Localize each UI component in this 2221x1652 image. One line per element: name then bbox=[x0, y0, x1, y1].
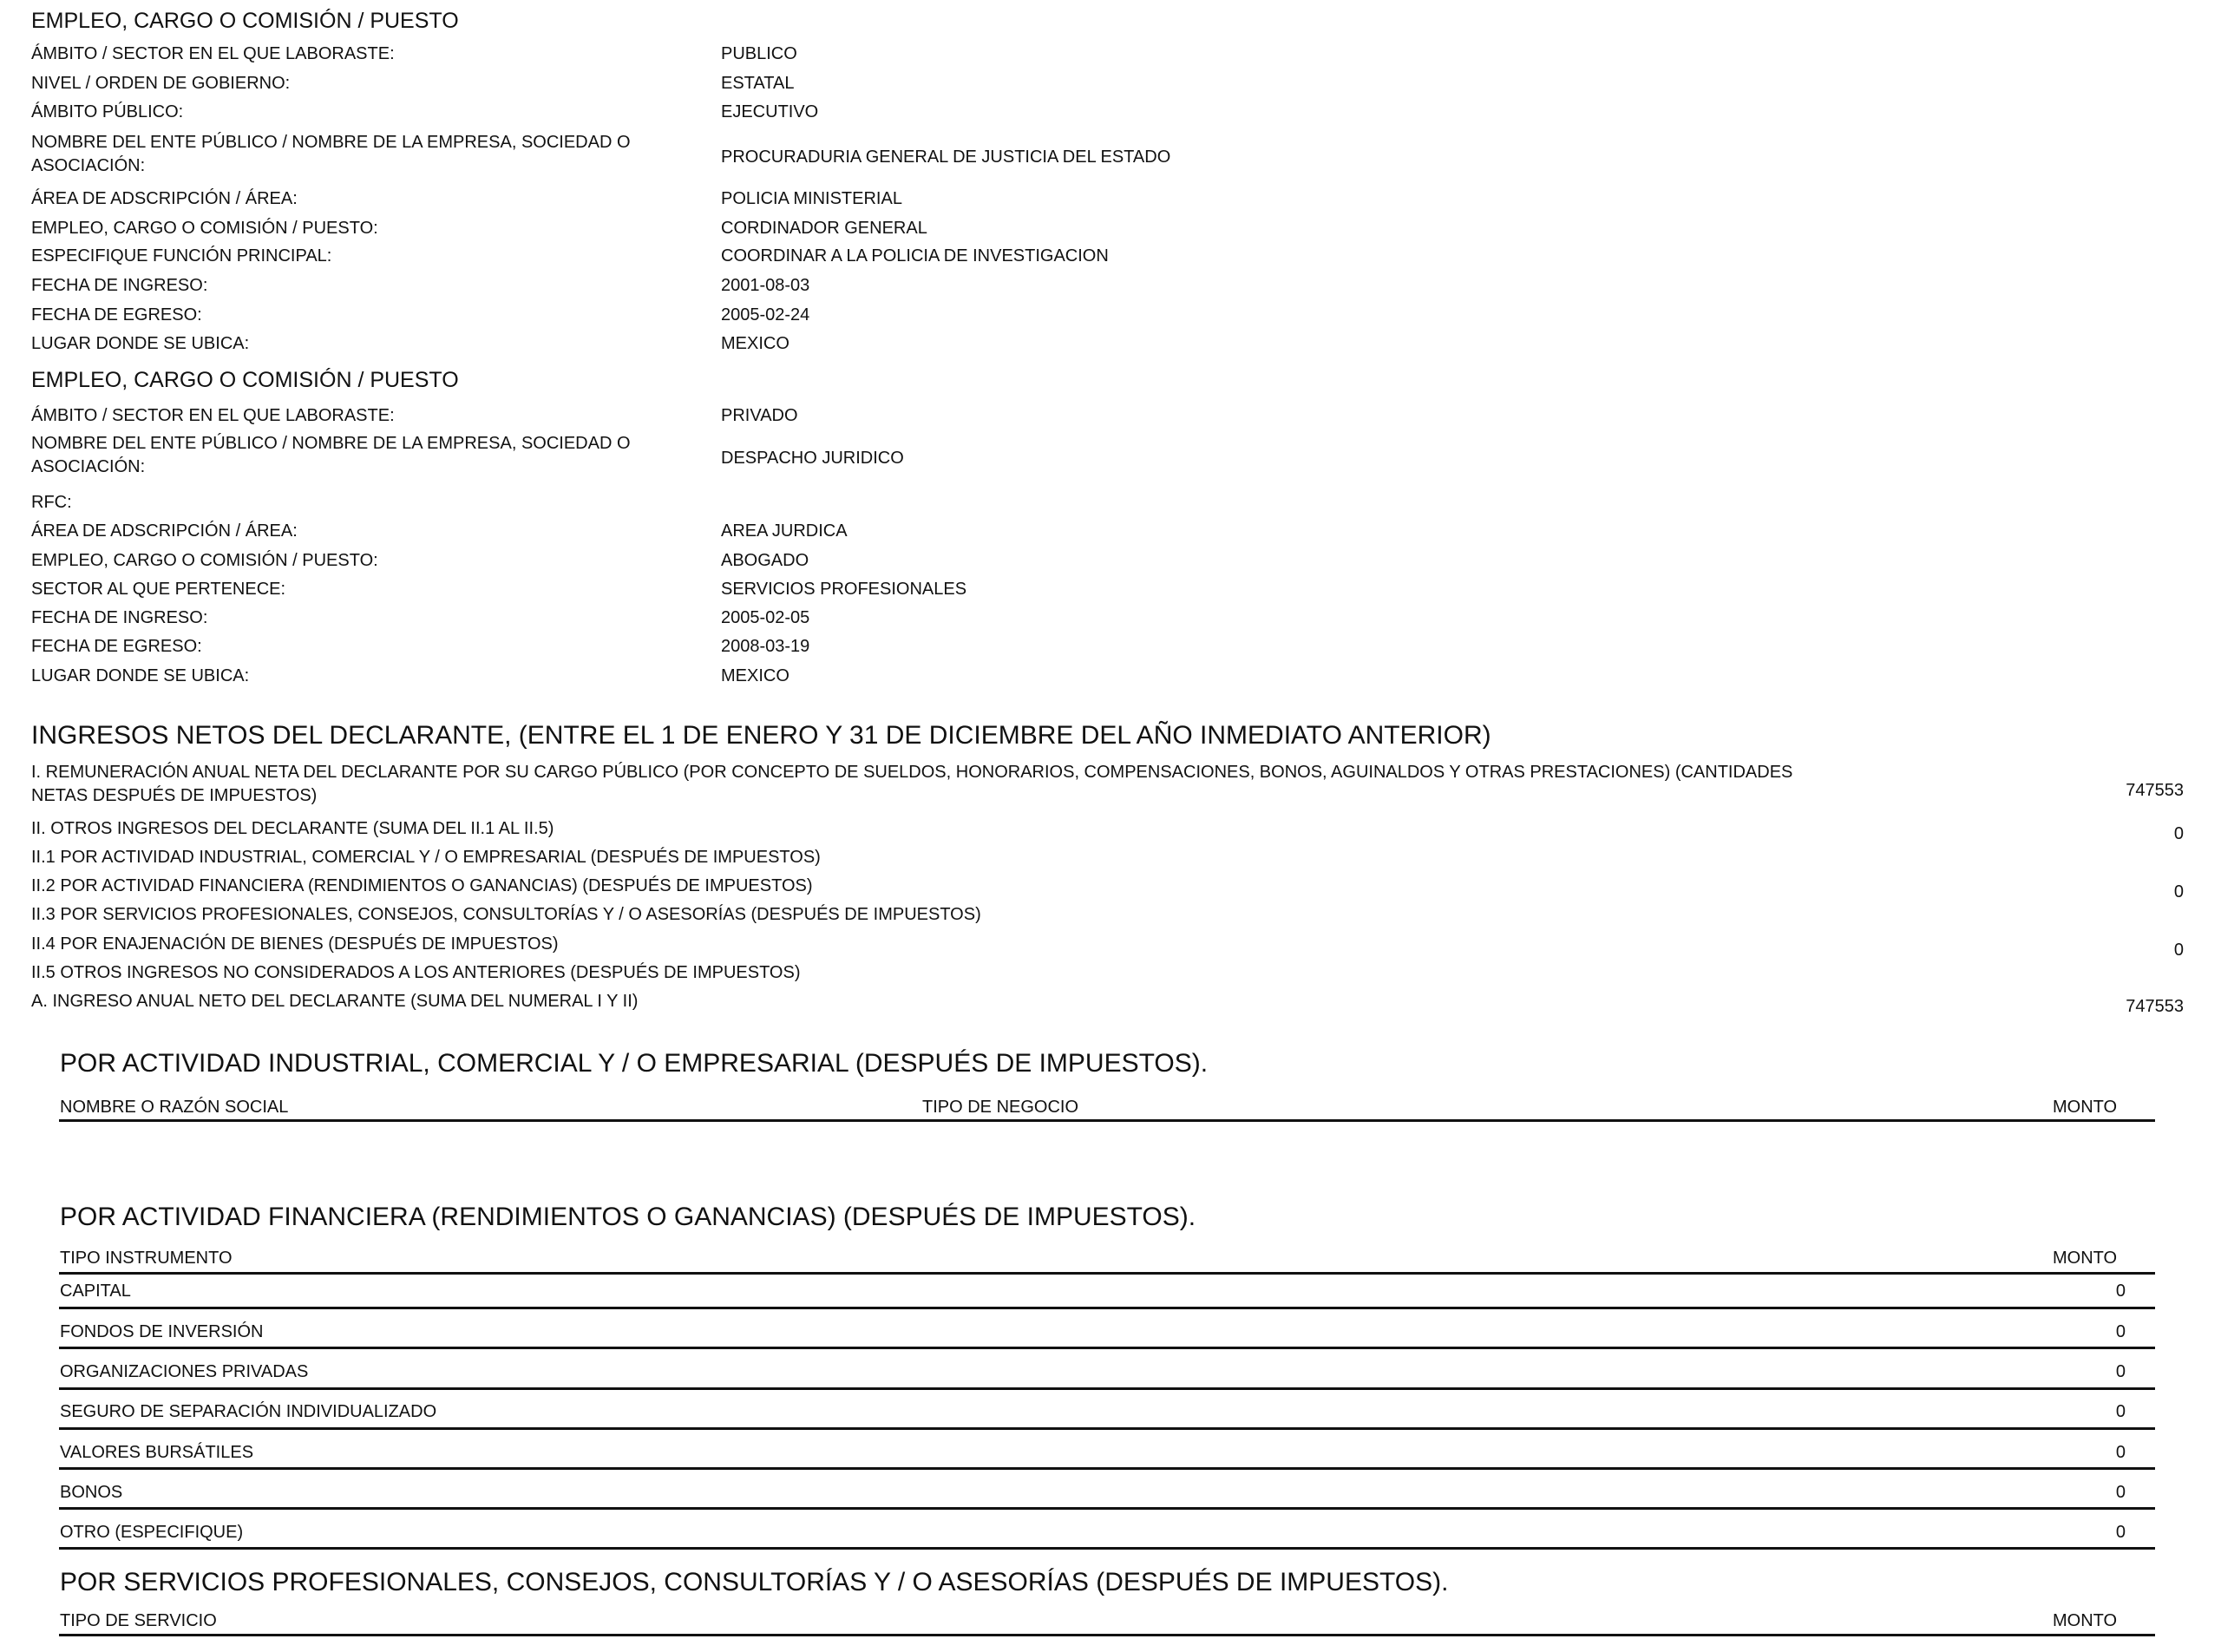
employment-2-label: FECHA DE INGRESO: bbox=[31, 609, 207, 626]
employment-2-label: LUGAR DONDE SE UBICA: bbox=[31, 667, 249, 685]
employment-2-label: RFC: bbox=[31, 494, 72, 511]
industrial-col-business-type: TIPO DE NEGOCIO bbox=[922, 1098, 1078, 1116]
employment-2-label: SECTOR AL QUE PERTENECE: bbox=[31, 580, 285, 598]
financial-row-rule bbox=[59, 1467, 2155, 1470]
employment-1-label: NIVEL / ORDEN DE GOBIERNO: bbox=[31, 75, 290, 92]
financial-row-rule bbox=[59, 1507, 2155, 1510]
employment-1-label: NOMBRE DEL ENTE PÚBLICO / NOMBRE DE LA E… bbox=[31, 131, 656, 178]
financial-title: POR ACTIVIDAD FINANCIERA (RENDIMIENTOS O… bbox=[60, 1204, 1196, 1230]
services-header-rule bbox=[59, 1634, 2155, 1636]
financial-row-amount: 0 bbox=[2116, 1363, 2126, 1380]
employment-1-value: ESTATAL bbox=[721, 75, 794, 92]
income-row-label: II.2 POR ACTIVIDAD FINANCIERA (RENDIMIEN… bbox=[31, 877, 813, 895]
services-title: POR SERVICIOS PROFESIONALES, CONSEJOS, C… bbox=[60, 1570, 1448, 1596]
employment-1-value: PROCURADURIA GENERAL DE JUSTICIA DEL EST… bbox=[721, 148, 1170, 166]
financial-row-instrument: SEGURO DE SEPARACIÓN INDIVIDUALIZADO bbox=[60, 1403, 436, 1420]
financial-row-amount: 0 bbox=[2116, 1524, 2126, 1541]
services-col-type: TIPO DE SERVICIO bbox=[60, 1612, 217, 1629]
employment-1-label: EMPLEO, CARGO O COMISIÓN / PUESTO: bbox=[31, 220, 378, 237]
employment-1-label: FECHA DE INGRESO: bbox=[31, 277, 207, 294]
employment-1-value: COORDINAR A LA POLICIA DE INVESTIGACION bbox=[721, 247, 1109, 265]
employment-2-value: MEXICO bbox=[721, 667, 789, 685]
employment-1-label: ÁMBITO / SECTOR EN EL QUE LABORASTE: bbox=[31, 45, 395, 62]
employment-1-label: ÁREA DE ADSCRIPCIÓN / ÁREA: bbox=[31, 190, 298, 207]
employment-1-value: 2001-08-03 bbox=[721, 277, 809, 294]
employment-1-value: EJECUTIVO bbox=[721, 103, 818, 121]
industrial-header-rule bbox=[59, 1119, 2155, 1122]
employment-2-label: NOMBRE DEL ENTE PÚBLICO / NOMBRE DE LA E… bbox=[31, 432, 656, 479]
employment-2-value: AREA JURDICA bbox=[721, 522, 848, 540]
income-row-label: I. REMUNERACIÓN ANUAL NETA DEL DECLARANT… bbox=[31, 761, 1853, 808]
financial-row-instrument: OTRO (ESPECIFIQUE) bbox=[60, 1524, 243, 1541]
income-row-label: II.5 OTROS INGRESOS NO CONSIDERADOS A LO… bbox=[31, 964, 800, 981]
industrial-col-name: NOMBRE O RAZÓN SOCIAL bbox=[60, 1098, 288, 1116]
income-row-label: II.1 POR ACTIVIDAD INDUSTRIAL, COMERCIAL… bbox=[31, 849, 821, 866]
employment-2-label: ÁREA DE ADSCRIPCIÓN / ÁREA: bbox=[31, 522, 298, 540]
financial-row-rule bbox=[59, 1547, 2155, 1550]
financial-row-rule bbox=[59, 1387, 2155, 1390]
financial-row-instrument: ORGANIZACIONES PRIVADAS bbox=[60, 1363, 308, 1380]
financial-row-rule bbox=[59, 1427, 2155, 1430]
employment-2-value: 2008-03-19 bbox=[721, 638, 809, 655]
income-row-value: 0 bbox=[2174, 883, 2184, 901]
financial-row-amount: 0 bbox=[2116, 1323, 2126, 1341]
income-row-value: 747553 bbox=[2126, 782, 2184, 799]
financial-col-instrument: TIPO INSTRUMENTO bbox=[60, 1249, 233, 1267]
employment-1-label: FECHA DE EGRESO: bbox=[31, 306, 202, 324]
employment-1-value: POLICIA MINISTERIAL bbox=[721, 190, 902, 207]
financial-row-instrument: VALORES BURSÁTILES bbox=[60, 1444, 253, 1461]
employment-1-value: 2005-02-24 bbox=[721, 306, 809, 324]
employment-1-label: LUGAR DONDE SE UBICA: bbox=[31, 335, 249, 352]
financial-row-rule bbox=[59, 1307, 2155, 1309]
employment-2-header: EMPLEO, CARGO O COMISIÓN / PUESTO bbox=[31, 370, 459, 391]
employment-1-label: ÁMBITO PÚBLICO: bbox=[31, 103, 183, 121]
income-row-label: II. OTROS INGRESOS DEL DECLARANTE (SUMA … bbox=[31, 820, 554, 837]
financial-header-rule bbox=[59, 1272, 2155, 1275]
financial-row-amount: 0 bbox=[2116, 1484, 2126, 1501]
income-row-value: 0 bbox=[2174, 825, 2184, 842]
services-col-amount: MONTO bbox=[2053, 1612, 2117, 1629]
financial-row-instrument: BONOS bbox=[60, 1484, 122, 1501]
financial-col-amount: MONTO bbox=[2053, 1249, 2117, 1267]
income-row-label: II.3 POR SERVICIOS PROFESIONALES, CONSEJ… bbox=[31, 906, 981, 923]
income-row-value: 0 bbox=[2174, 941, 2184, 959]
employment-2-value: 2005-02-05 bbox=[721, 609, 809, 626]
financial-row-amount: 0 bbox=[2116, 1282, 2126, 1300]
industrial-title: POR ACTIVIDAD INDUSTRIAL, COMERCIAL Y / … bbox=[60, 1051, 1208, 1077]
financial-row-amount: 0 bbox=[2116, 1444, 2126, 1461]
employment-1-label: ESPECIFIQUE FUNCIÓN PRINCIPAL: bbox=[31, 247, 331, 265]
employment-2-label: EMPLEO, CARGO O COMISIÓN / PUESTO: bbox=[31, 552, 378, 569]
industrial-col-amount: MONTO bbox=[2053, 1098, 2117, 1116]
employment-1-header: EMPLEO, CARGO O COMISIÓN / PUESTO bbox=[31, 10, 459, 32]
employment-1-value: CORDINADOR GENERAL bbox=[721, 220, 927, 237]
employment-1-value: PUBLICO bbox=[721, 45, 797, 62]
income-title: INGRESOS NETOS DEL DECLARANTE, (ENTRE EL… bbox=[31, 723, 1491, 749]
employment-2-label: FECHA DE EGRESO: bbox=[31, 638, 202, 655]
financial-row-instrument: CAPITAL bbox=[60, 1282, 131, 1300]
income-row-label: II.4 POR ENAJENACIÓN DE BIENES (DESPUÉS … bbox=[31, 935, 559, 953]
financial-row-instrument: FONDOS DE INVERSIÓN bbox=[60, 1323, 263, 1341]
employment-2-value: ABOGADO bbox=[721, 552, 809, 569]
income-row-value: 747553 bbox=[2126, 998, 2184, 1015]
employment-2-value: DESPACHO JURIDICO bbox=[721, 449, 904, 467]
income-row-label: A. INGRESO ANUAL NETO DEL DECLARANTE (SU… bbox=[31, 993, 638, 1010]
financial-row-rule bbox=[59, 1347, 2155, 1349]
employment-2-value: SERVICIOS PROFESIONALES bbox=[721, 580, 966, 598]
financial-row-amount: 0 bbox=[2116, 1403, 2126, 1420]
employment-1-value: MEXICO bbox=[721, 335, 789, 352]
employment-2-label: ÁMBITO / SECTOR EN EL QUE LABORASTE: bbox=[31, 407, 395, 424]
employment-2-value: PRIVADO bbox=[721, 407, 798, 424]
